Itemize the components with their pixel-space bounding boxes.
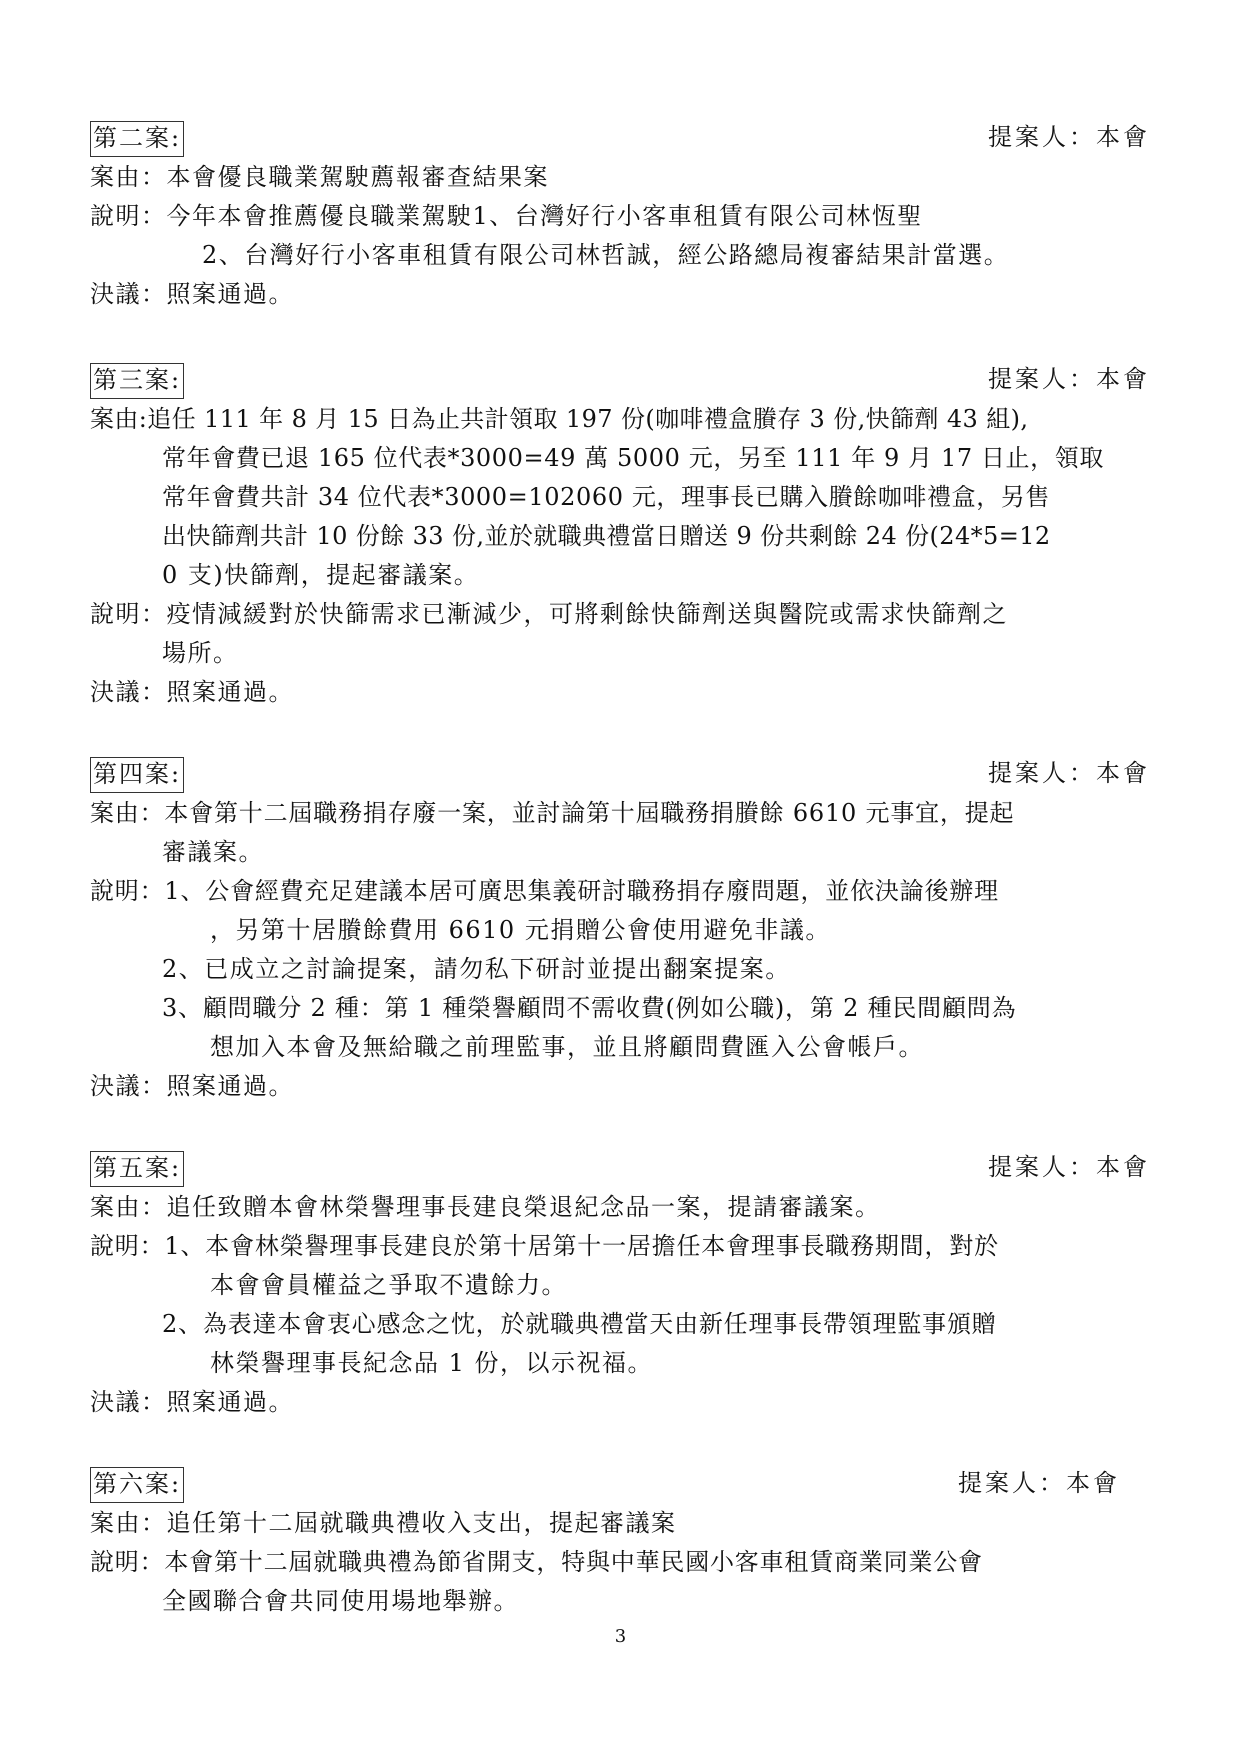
case-explanation-item-2: 2、為表達本會衷心感念之忱，於就職典禮當天由新任理事長帶領理監事頒贈	[90, 1305, 1150, 1344]
case-explanation: 說明：本會第十二屆就職典禮為節省開支，特與中華民國小客車租賃商業同業公會	[90, 1543, 1150, 1582]
proposer: 提案人：本會	[988, 1146, 1150, 1188]
case-header: 第四案: 提案人：本會	[90, 752, 1150, 794]
case-header: 第六案: 提案人：本會	[90, 1462, 1150, 1504]
case-explanation-item-1-cont: ，另第十居賸餘費用 6610 元捐贈公會使用避免非議。	[90, 911, 1150, 950]
case-explanation-item-1: 說明：1、公會經費充足建議本居可廣思集義研討職務捐存廢問題，並依決論後辦理	[90, 872, 1150, 911]
case-explanation: 說明：疫情減緩對於快篩需求已漸減少，可將剩餘快篩劑送與醫院或需求快篩劑之	[90, 595, 1150, 634]
case-reason-cont: 常年會費已退 165 位代表*3000=49 萬 5000 元，另至 111 年…	[90, 439, 1150, 478]
case-explanation-item-2-cont: 林榮譽理事長紀念品 1 份，以示祝福。	[90, 1344, 1150, 1383]
case-reason: 案由：本會第十二屆職務捐存廢一案，並討論第十屆職務捐賸餘 6610 元事宜，提起	[90, 794, 1150, 833]
case-header: 第五案: 提案人：本會	[90, 1146, 1150, 1188]
case-explanation-item-3: 3、顧問職分 2 種：第 1 種榮譽顧問不需收費(例如公職)，第 2 種民間顧問…	[90, 989, 1150, 1028]
case-reason-cont: 常年會費共計 34 位代表*3000=102060 元，理事長已購入賸餘咖啡禮盒…	[90, 478, 1150, 517]
case-title: 第六案:	[90, 1467, 184, 1503]
proposer: 提案人：本會	[988, 358, 1150, 400]
case-reason: 案由：本會優良職業駕駛薦報審查結果案	[90, 158, 1150, 197]
proposer: 提案人：本會	[958, 1462, 1120, 1504]
case-explanation-item-3-cont: 想加入本會及無給職之前理監事，並且將顧問費匯入公會帳戶。	[90, 1028, 1150, 1067]
case-header: 第三案: 提案人：本會	[90, 358, 1150, 400]
case-title: 第三案:	[90, 363, 184, 399]
case-explanation-cont: 2、台灣好行小客車租賃有限公司林哲誠，經公路總局複審結果計當選。	[90, 236, 1150, 275]
case-3: 第三案: 提案人：本會 案由:追任 111 年 8 月 15 日為止共計領取 1…	[90, 358, 1150, 712]
case-resolution: 決議：照案通過。	[90, 673, 1150, 712]
case-title: 第五案:	[90, 1151, 184, 1187]
case-title: 第二案:	[90, 121, 184, 157]
case-title: 第四案:	[90, 757, 184, 793]
document-page: 第二案: 提案人：本會 案由：本會優良職業駕駛薦報審查結果案 說明：今年本會推薦…	[0, 0, 1241, 1755]
case-explanation-item-1-cont: 本會會員權益之爭取不遺餘力。	[90, 1266, 1150, 1305]
case-explanation-cont: 全國聯合會共同使用場地舉辦。	[90, 1582, 1150, 1621]
case-explanation: 說明：今年本會推薦優良職業駕駛1、台灣好行小客車租賃有限公司林恆聖	[90, 197, 1150, 236]
case-explanation-cont: 場所。	[90, 634, 1150, 673]
case-5: 第五案: 提案人：本會 案由：追任致贈本會林榮譽理事長建良榮退紀念品一案，提請審…	[90, 1146, 1150, 1422]
case-reason-cont: 出快篩劑共計 10 份餘 33 份,並於就職典禮當日贈送 9 份共剩餘 24 份…	[90, 517, 1150, 556]
case-reason: 案由：追任致贈本會林榮譽理事長建良榮退紀念品一案，提請審議案。	[90, 1188, 1150, 1227]
case-explanation-item-1: 說明：1、本會林榮譽理事長建良於第十居第十一居擔任本會理事長職務期間，對於	[90, 1227, 1150, 1266]
case-resolution: 決議：照案通過。	[90, 1383, 1150, 1422]
case-reason-cont: 0 支)快篩劑，提起審議案。	[90, 556, 1150, 595]
case-reason: 案由：追任第十二屆就職典禮收入支出，提起審議案	[90, 1504, 1150, 1543]
case-2: 第二案: 提案人：本會 案由：本會優良職業駕駛薦報審查結果案 說明：今年本會推薦…	[90, 116, 1150, 314]
case-reason: 案由:追任 111 年 8 月 15 日為止共計領取 197 份(咖啡禮盒賸存 …	[90, 400, 1150, 439]
proposer: 提案人：本會	[988, 116, 1150, 158]
case-reason-cont: 審議案。	[90, 833, 1150, 872]
case-6: 第六案: 提案人：本會 案由：追任第十二屆就職典禮收入支出，提起審議案 說明：本…	[90, 1462, 1150, 1621]
case-header: 第二案: 提案人：本會	[90, 116, 1150, 158]
proposer: 提案人：本會	[988, 752, 1150, 794]
case-resolution: 決議：照案通過。	[90, 1067, 1150, 1106]
case-resolution: 決議：照案通過。	[90, 275, 1150, 314]
page-number: 3	[0, 1626, 1241, 1647]
case-4: 第四案: 提案人：本會 案由：本會第十二屆職務捐存廢一案，並討論第十屆職務捐賸餘…	[90, 752, 1150, 1106]
case-explanation-item-2: 2、已成立之討論提案，請勿私下研討並提出翻案提案。	[90, 950, 1150, 989]
